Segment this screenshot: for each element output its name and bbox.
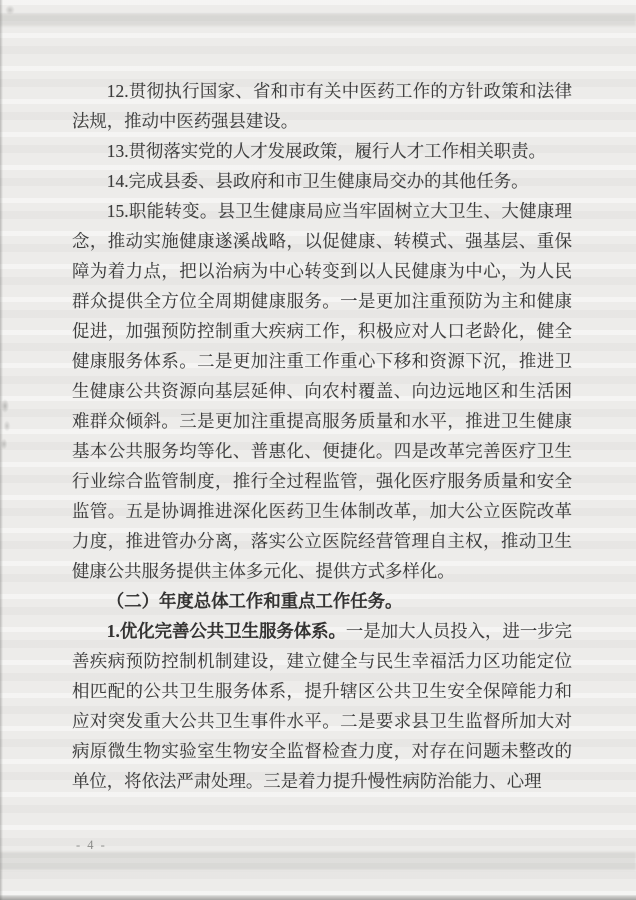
scan-smudge-mark [4,4,18,18]
body-paragraph: 14.完成县委、县政府和市卫生健康局交办的其他任务。 [72,166,572,196]
body-paragraph: 1.优化完善公共卫生服务体系。一是加大人员投入，进一步完善疾病预防控制机制建设，… [72,616,572,796]
scan-bottom-edge-shadow [0,895,636,900]
scan-band-bottom-artifact [0,852,636,870]
body-paragraph: 12.贯彻执行国家、省和市有关中医药工作的方针政策和法律法规，推动中医药强县建设… [72,76,572,136]
scanned-page: 12.贯彻执行国家、省和市有关中医药工作的方针政策和法律法规，推动中医药强县建设… [0,0,636,900]
document-body: 12.贯彻执行国家、省和市有关中医药工作的方针政策和法律法规，推动中医药强县建设… [72,76,572,796]
scan-smudge-mark [1,396,13,454]
body-paragraph: 15.职能转变。县卫生健康局应当牢固树立大卫生、大健康理念，推动实施健康遂溪战略… [72,196,572,586]
section-heading: （二）年度总体工作和重点工作任务。 [72,586,572,616]
body-paragraph: 13.贯彻落实党的人才发展政策，履行人才工作相关职责。 [72,136,572,166]
page-number: - 4 - [76,838,107,853]
scan-band-top-artifact [0,14,636,26]
paragraph-bold-lead: 1.优化完善公共卫生服务体系。 [107,621,346,641]
